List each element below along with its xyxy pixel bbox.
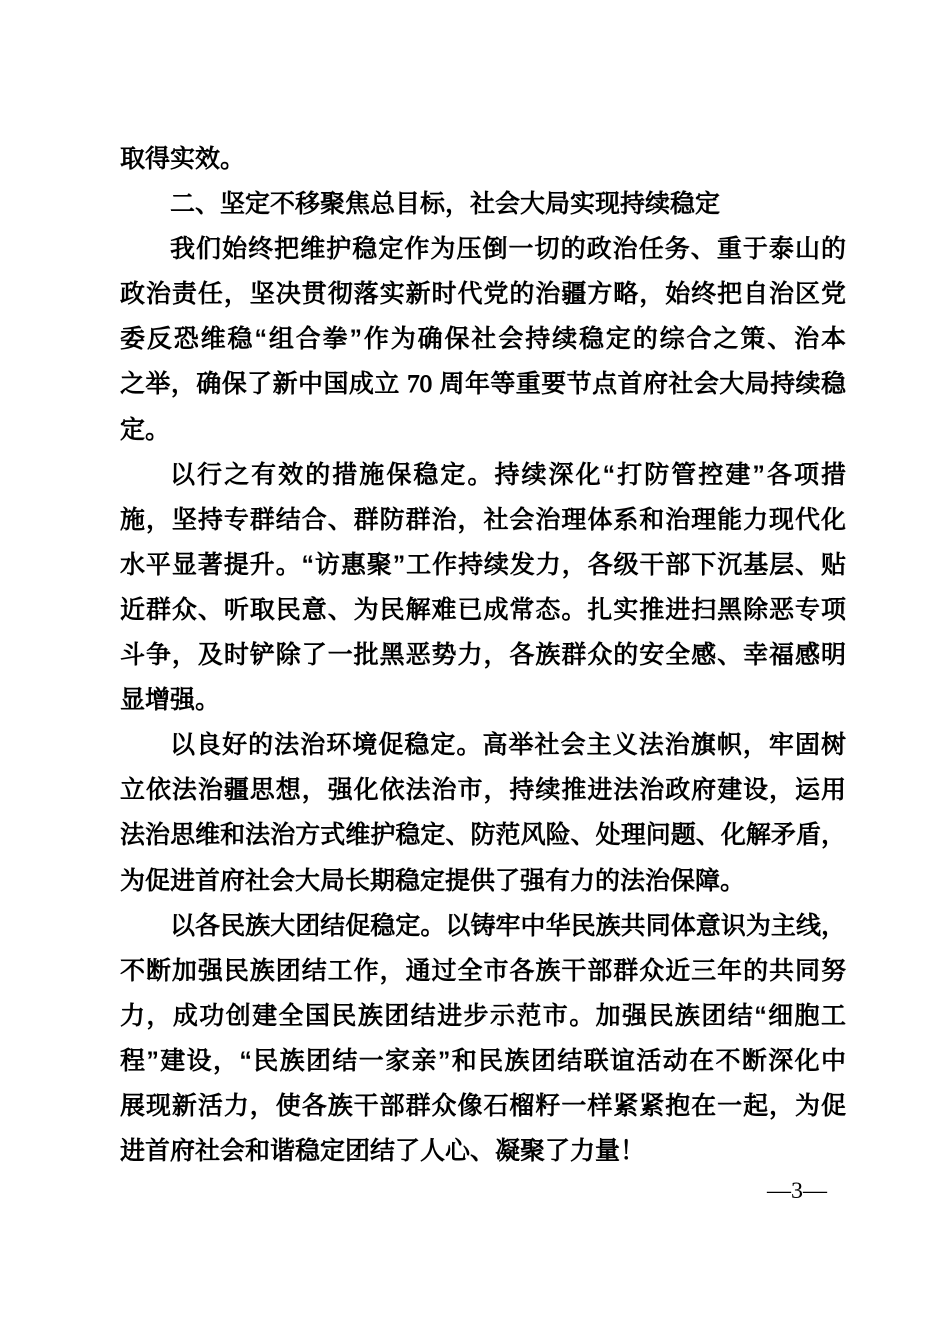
text-line: 水平显著提升。“访惠聚”工作持续发力，各级干部下沉基层、贴 — [120, 543, 846, 588]
text-line: 为促进首府社会大局长期稳定提供了强有力的法治保障。 — [120, 859, 846, 904]
paragraph: 以各民族大团结促稳定。以铸牢中华民族共同体意识为主线，不断加强民族团结工作，通过… — [120, 904, 846, 1175]
text-line: 法治思维和法治方式维护稳定、防范风险、处理问题、化解矛盾， — [120, 813, 846, 858]
document-page: 取得实效。二、坚定不移聚焦总目标，社会大局实现持续稳定我们始终把维护稳定作为压倒… — [0, 0, 950, 1344]
paragraph: 以行之有效的措施保稳定。持续深化“打防管控建”各项措施，坚持专群结合、群防群治，… — [120, 453, 846, 724]
text-line: 之举，确保了新中国成立 70 周年等重要节点首府社会大局持续稳 — [120, 362, 846, 407]
text-line: 力，成功创建全国民族团结进步示范市。加强民族团结“细胞工 — [120, 994, 846, 1039]
text-line: 委反恐维稳“组合拳”作为确保社会持续稳定的综合之策、治本 — [120, 317, 846, 362]
text-line: 我们始终把维护稳定作为压倒一切的政治任务、重于泰山的 — [120, 227, 846, 272]
text-line: 斗争，及时铲除了一批黑恶势力，各族群众的安全感、幸福感明 — [120, 633, 846, 678]
text-line: 政治责任，坚决贯彻落实新时代党的治疆方略，始终把自治区党 — [120, 272, 846, 317]
paragraph: 取得实效。 — [120, 137, 846, 182]
text-line: 进首府社会和谐稳定团结了人心、凝聚了力量！ — [120, 1129, 846, 1174]
text-line: 展现新活力，使各族干部群众像石榴籽一样紧紧抱在一起，为促 — [120, 1084, 846, 1129]
text-line: 二、坚定不移聚焦总目标，社会大局实现持续稳定 — [120, 182, 846, 227]
paragraph: 以良好的法治环境促稳定。高举社会主义法治旗帜，牢固树立依法治疆思想，强化依法治市… — [120, 723, 846, 903]
text-line: 以行之有效的措施保稳定。持续深化“打防管控建”各项措 — [120, 453, 846, 498]
text-line: 施，坚持专群结合、群防群治，社会治理体系和治理能力现代化 — [120, 498, 846, 543]
text-line: 以各民族大团结促稳定。以铸牢中华民族共同体意识为主线， — [120, 904, 846, 949]
page-number: —3— — [767, 1176, 827, 1206]
text-line: 显增强。 — [120, 678, 846, 723]
text-line: 定。 — [120, 408, 846, 453]
text-line: 程”建设，“民族团结一家亲”和民族团结联谊活动在不断深化中 — [120, 1039, 846, 1084]
document-body: 取得实效。二、坚定不移聚焦总目标，社会大局实现持续稳定我们始终把维护稳定作为压倒… — [120, 137, 846, 1174]
text-line: 不断加强民族团结工作，通过全市各族干部群众近三年的共同努 — [120, 949, 846, 994]
text-line: 取得实效。 — [120, 137, 846, 182]
text-line: 立依法治疆思想，强化依法治市，持续推进法治政府建设，运用 — [120, 768, 846, 813]
paragraph: 我们始终把维护稳定作为压倒一切的政治任务、重于泰山的政治责任，坚决贯彻落实新时代… — [120, 227, 846, 452]
text-line: 以良好的法治环境促稳定。高举社会主义法治旗帜，牢固树 — [120, 723, 846, 768]
section-heading: 二、坚定不移聚焦总目标，社会大局实现持续稳定 — [120, 182, 846, 227]
text-line: 近群众、听取民意、为民解难已成常态。扎实推进扫黑除恶专项 — [120, 588, 846, 633]
